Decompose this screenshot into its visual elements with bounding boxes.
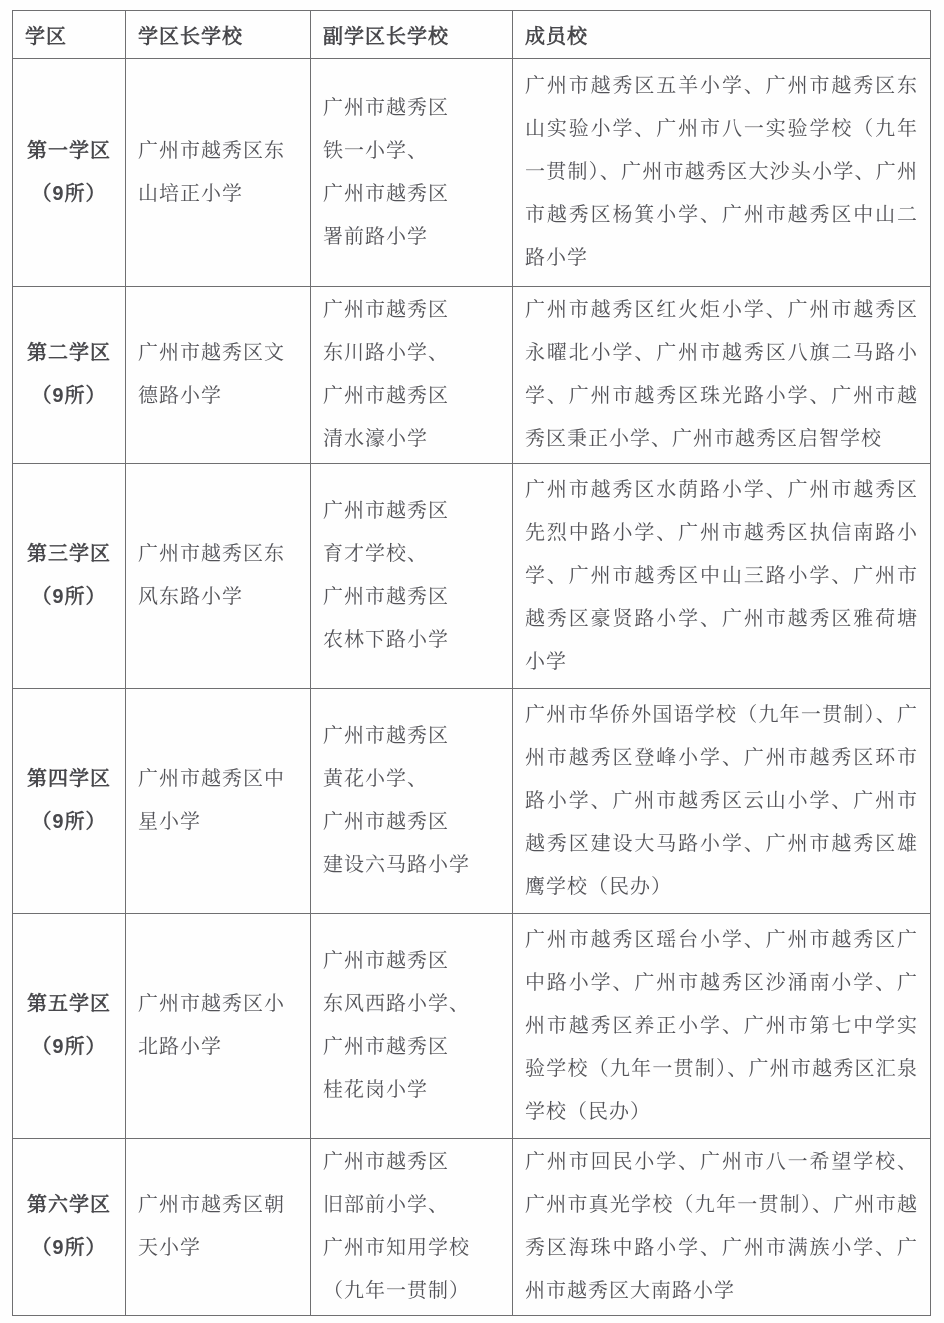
school-district-table: 学区 学区长学校 副学区长学校 成员校 第一学区 （9所） 广州市越秀区东山培正… [12,10,931,1316]
deputy-school-cell: 广州市越秀区 旧部前小学、 广州市知用学校 （九年一贯制） [311,1139,513,1316]
table-row-district-1: 第一学区 （9所） 广州市越秀区东山培正小学 广州市越秀区 铁一小学、 广州市越… [13,59,931,287]
col-header-deputy-school: 副学区长学校 [311,11,513,59]
member-schools-cell: 广州市越秀区红火炬小学、广州市越秀区永曜北小学、广州市越秀区八旗二马路小学、广州… [513,287,931,464]
district-cell: 第五学区 （9所） [13,914,126,1139]
col-header-leader-school: 学区长学校 [126,11,311,59]
page: 学区 学区长学校 副学区长学校 成员校 第一学区 （9所） 广州市越秀区东山培正… [0,0,944,1323]
table-row-district-5: 第五学区 （9所） 广州市越秀区小北路小学 广州市越秀区 东风西路小学、 广州市… [13,914,931,1139]
member-schools-cell: 广州市越秀区五羊小学、广州市越秀区东山实验小学、广州市八一实验学校（九年一贯制）… [513,59,931,287]
member-schools-cell: 广州市越秀区水荫路小学、广州市越秀区先烈中路小学、广州市越秀区执信南路小学、广州… [513,464,931,689]
district-cell: 第三学区 （9所） [13,464,126,689]
district-cell: 第六学区 （9所） [13,1139,126,1316]
member-schools-cell: 广州市越秀区瑶台小学、广州市越秀区广中路小学、广州市越秀区沙涌南小学、广州市越秀… [513,914,931,1139]
table-row-district-6: 第六学区 （9所） 广州市越秀区朝天小学 广州市越秀区 旧部前小学、 广州市知用… [13,1139,931,1316]
deputy-school-cell: 广州市越秀区 东风西路小学、 广州市越秀区 桂花岗小学 [311,914,513,1139]
leader-school-cell: 广州市越秀区东风东路小学 [126,464,311,689]
district-cell: 第一学区 （9所） [13,59,126,287]
member-schools-cell: 广州市回民小学、广州市八一希望学校、广州市真光学校（九年一贯制）、广州市越秀区海… [513,1139,931,1316]
deputy-school-cell: 广州市越秀区 黄花小学、 广州市越秀区 建设六马路小学 [311,689,513,914]
header-row: 学区 学区长学校 副学区长学校 成员校 [13,11,931,59]
table-row-district-4: 第四学区 （9所） 广州市越秀区中星小学 广州市越秀区 黄花小学、 广州市越秀区… [13,689,931,914]
col-header-district: 学区 [13,11,126,59]
leader-school-cell: 广州市越秀区中星小学 [126,689,311,914]
deputy-school-cell: 广州市越秀区 育才学校、 广州市越秀区 农林下路小学 [311,464,513,689]
district-cell: 第二学区 （9所） [13,287,126,464]
table-row-district-3: 第三学区 （9所） 广州市越秀区东风东路小学 广州市越秀区 育才学校、 广州市越… [13,464,931,689]
deputy-school-cell: 广州市越秀区 东川路小学、 广州市越秀区 清水濠小学 [311,287,513,464]
district-cell: 第四学区 （9所） [13,689,126,914]
leader-school-cell: 广州市越秀区东山培正小学 [126,59,311,287]
member-schools-cell: 广州市华侨外国语学校（九年一贯制）、广州市越秀区登峰小学、广州市越秀区环市路小学… [513,689,931,914]
col-header-member-schools: 成员校 [513,11,931,59]
leader-school-cell: 广州市越秀区文德路小学 [126,287,311,464]
deputy-school-cell: 广州市越秀区 铁一小学、 广州市越秀区 署前路小学 [311,59,513,287]
leader-school-cell: 广州市越秀区小北路小学 [126,914,311,1139]
leader-school-cell: 广州市越秀区朝天小学 [126,1139,311,1316]
table-row-district-2: 第二学区 （9所） 广州市越秀区文德路小学 广州市越秀区 东川路小学、 广州市越… [13,287,931,464]
